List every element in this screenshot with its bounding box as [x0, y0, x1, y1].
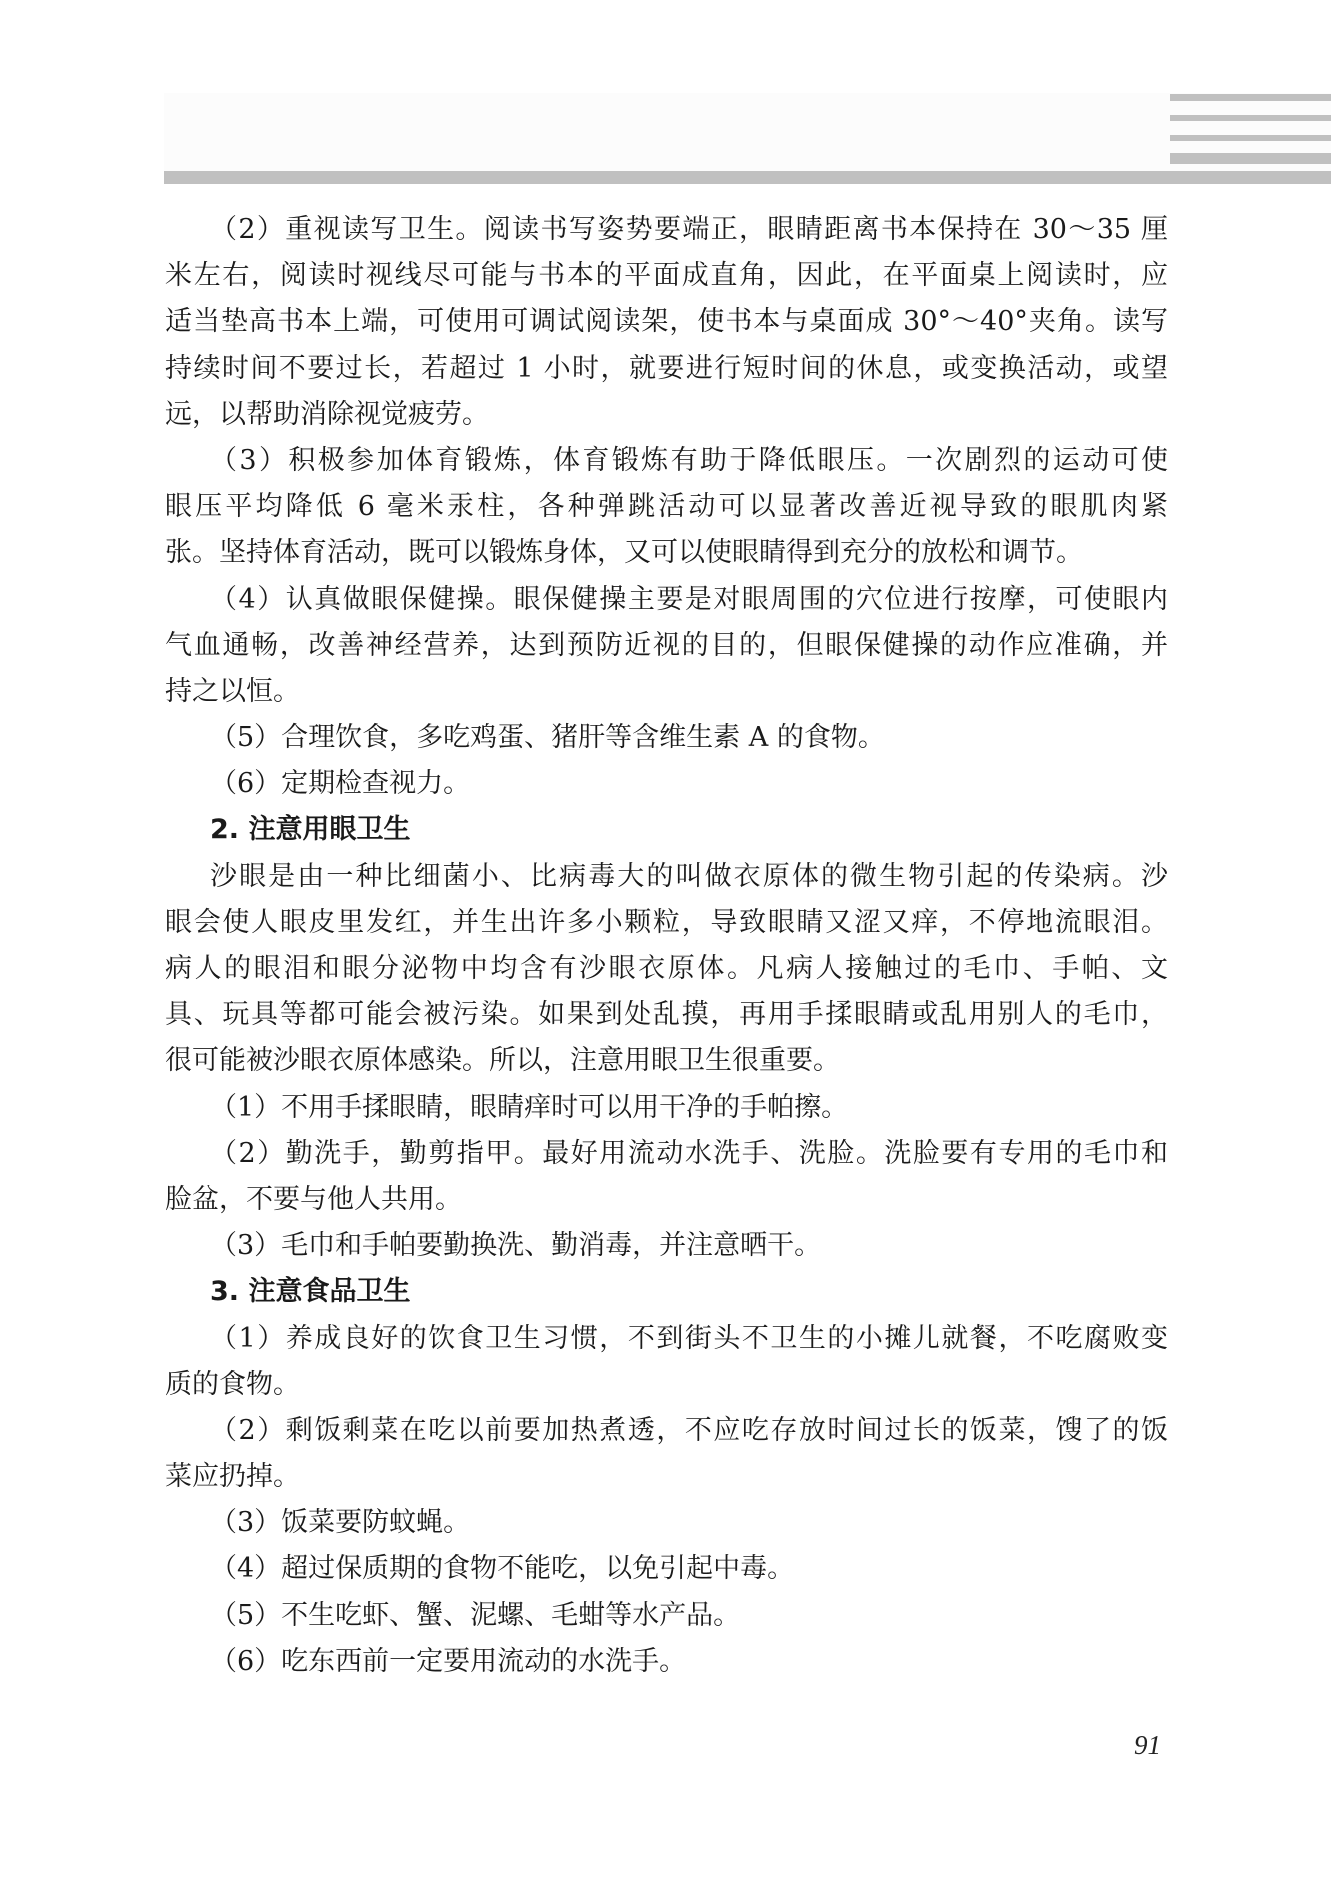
- paragraph: （2）剩饭剩菜在吃以前要加热煮透，不应吃存放时间过长的饭菜，馊了的饭菜应扔掉。: [165, 1408, 1168, 1500]
- text-line: 米左右，阅读时视线尽可能与书本的平面成直角，因此，在平面桌上阅读时，应: [165, 253, 1168, 299]
- section-heading: 2. 注意用眼卫生: [165, 807, 1168, 853]
- paragraph: （1）养成良好的饮食卫生习惯，不到街头不卫生的小摊儿就餐，不吃腐败变质的食物。: [165, 1316, 1168, 1408]
- text-line: 眼压平均降低 6 毫米汞柱，各种弹跳活动可以显著改善近视导致的眼肌肉紧: [165, 484, 1168, 530]
- paragraph: （3）毛巾和手帕要勤换洗、勤消毒，并注意晒干。: [165, 1223, 1168, 1269]
- text-line: 远，以帮助消除视觉疲劳。: [165, 392, 1168, 438]
- heading-text: 2. 注意用眼卫生: [165, 807, 1168, 853]
- text-line: （2）重视读写卫生。阅读书写姿势要端正，眼睛距离书本保持在 30～35 厘: [165, 207, 1168, 253]
- header-stripe: [1170, 115, 1331, 121]
- paragraph: （6）定期检查视力。: [165, 761, 1168, 807]
- text-line: （1）不用手揉眼睛，眼睛痒时可以用干净的手帕擦。: [165, 1085, 1168, 1131]
- paragraph: 沙眼是由一种比细菌小、比病毒大的叫做衣原体的微生物引起的传染病。沙眼会使人眼皮里…: [165, 854, 1168, 1085]
- section-heading: 3. 注意食品卫生: [165, 1269, 1168, 1315]
- text-line: （3）毛巾和手帕要勤换洗、勤消毒，并注意晒干。: [165, 1223, 1168, 1269]
- text-line: 病人的眼泪和眼分泌物中均含有沙眼衣原体。凡病人接触过的毛巾、手帕、文: [165, 946, 1168, 992]
- paragraph: （2）勤洗手，勤剪指甲。最好用流动水洗手、洗脸。洗脸要有专用的毛巾和脸盆，不要与…: [165, 1131, 1168, 1223]
- text-line: 质的食物。: [165, 1362, 1168, 1408]
- text-line: 很可能被沙眼衣原体感染。所以，注意用眼卫生很重要。: [165, 1038, 1168, 1084]
- header-stripe: [1170, 153, 1331, 164]
- page-body: （2）重视读写卫生。阅读书写姿势要端正，眼睛距离书本保持在 30～35 厘米左右…: [165, 207, 1168, 1685]
- header-stripe: [1170, 135, 1331, 141]
- text-line: 具、玩具等都可能会被污染。如果到处乱摸，再用手揉眼睛或乱用别人的毛巾，: [165, 992, 1168, 1038]
- paragraph: （5）合理饮食，多吃鸡蛋、猪肝等含维生素 A 的食物。: [165, 715, 1168, 761]
- text-line: 沙眼是由一种比细菌小、比病毒大的叫做衣原体的微生物引起的传染病。沙: [165, 854, 1168, 900]
- page-number: 91: [1134, 1730, 1161, 1761]
- text-line: （3）饭菜要防蚊蝇。: [165, 1500, 1168, 1546]
- paragraph: （4）超过保质期的食物不能吃，以免引起中毒。: [165, 1546, 1168, 1592]
- text-line: 持之以恒。: [165, 669, 1168, 715]
- paragraph: （6）吃东西前一定要用流动的水洗手。: [165, 1639, 1168, 1685]
- paragraph: （3）积极参加体育锻炼，体育锻炼有助于降低眼压。一次剧烈的运动可使眼压平均降低 …: [165, 438, 1168, 577]
- text-line: 菜应扔掉。: [165, 1454, 1168, 1500]
- text-line: （3）积极参加体育锻炼，体育锻炼有助于降低眼压。一次剧烈的运动可使: [165, 438, 1168, 484]
- paragraph: （5）不生吃虾、蟹、泥螺、毛蚶等水产品。: [165, 1593, 1168, 1639]
- paragraph: （2）重视读写卫生。阅读书写姿势要端正，眼睛距离书本保持在 30～35 厘米左右…: [165, 207, 1168, 438]
- text-line: （6）吃东西前一定要用流动的水洗手。: [165, 1639, 1168, 1685]
- paragraph: （1）不用手揉眼睛，眼睛痒时可以用干净的手帕擦。: [165, 1085, 1168, 1131]
- paragraph: （3）饭菜要防蚊蝇。: [165, 1500, 1168, 1546]
- text-line: 适当垫高书本上端，可使用可调试阅读架，使书本与桌面成 30°～40°夹角。读写: [165, 299, 1168, 345]
- text-line: 持续时间不要过长，若超过 1 小时，就要进行短时间的休息，或变换活动，或望: [165, 346, 1168, 392]
- text-line: 脸盆，不要与他人共用。: [165, 1177, 1168, 1223]
- text-line: （2）勤洗手，勤剪指甲。最好用流动水洗手、洗脸。洗脸要有专用的毛巾和: [165, 1131, 1168, 1177]
- text-line: 气血通畅，改善神经营养，达到预防近视的目的，但眼保健操的动作应准确，并: [165, 623, 1168, 669]
- text-line: （6）定期检查视力。: [165, 761, 1168, 807]
- text-line: （2）剩饭剩菜在吃以前要加热煮透，不应吃存放时间过长的饭菜，馊了的饭: [165, 1408, 1168, 1454]
- header-stripe: [1170, 94, 1331, 101]
- text-line: （4）超过保质期的食物不能吃，以免引起中毒。: [165, 1546, 1168, 1592]
- text-line: （5）不生吃虾、蟹、泥螺、毛蚶等水产品。: [165, 1593, 1168, 1639]
- header-rule-bar: [164, 171, 1331, 184]
- header-band: [164, 93, 1331, 171]
- text-line: （5）合理饮食，多吃鸡蛋、猪肝等含维生素 A 的食物。: [165, 715, 1168, 761]
- text-line: （1）养成良好的饮食卫生习惯，不到街头不卫生的小摊儿就餐，不吃腐败变: [165, 1316, 1168, 1362]
- text-line: 眼会使人眼皮里发红，并生出许多小颗粒，导致眼睛又涩又痒，不停地流眼泪。: [165, 900, 1168, 946]
- heading-text: 3. 注意食品卫生: [165, 1269, 1168, 1315]
- paragraph: （4）认真做眼保健操。眼保健操主要是对眼周围的穴位进行按摩，可使眼内气血通畅，改…: [165, 577, 1168, 716]
- text-line: 张。坚持体育活动，既可以锻炼身体，又可以使眼睛得到充分的放松和调节。: [165, 530, 1168, 576]
- text-line: （4）认真做眼保健操。眼保健操主要是对眼周围的穴位进行按摩，可使眼内: [165, 577, 1168, 623]
